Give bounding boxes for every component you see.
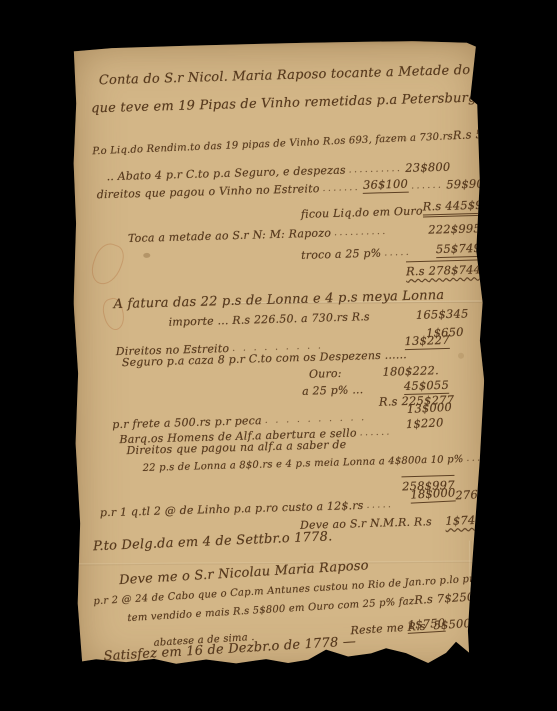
- ledger-row: troco a 25 p% ..... 55$749: [301, 241, 481, 262]
- heading-line: que teve em 19 Pipas de Vinho remetidas …: [91, 89, 540, 117]
- row-label: ficou Liq.do em Ouro: [301, 204, 423, 220]
- row-amount: 13$000: [406, 400, 452, 416]
- row-amount: 13$227: [404, 333, 450, 350]
- heading-text: Conta do S.r Nicol. Maria Raposo tocante…: [99, 61, 538, 88]
- row-amount: 18$000: [410, 485, 456, 503]
- ledger-row: P.o Liq.do Rendim.to das 19 pipas de Vin…: [92, 127, 480, 157]
- row-amount: 222$995: [428, 221, 481, 236]
- row-balance: 5$500: [433, 616, 471, 632]
- dotted-leader: .....: [363, 500, 396, 512]
- row-balance: 1$747: [445, 513, 483, 528]
- ledger-row: R.s 278$744: [373, 259, 481, 279]
- dotted-leader: ......: [357, 427, 395, 439]
- row-label: P.o Liq.do Rendim.to das 19 pipas de Vin…: [92, 131, 453, 157]
- row-amount: 180$222.: [382, 363, 439, 379]
- dotted-leader: ..........: [346, 164, 406, 177]
- row-amount: R.s 505$890: [453, 125, 529, 142]
- dateline: P.to Delg.da em 4 de Settbr.o 1778.: [93, 529, 333, 554]
- row-total: R.s 278$744: [406, 259, 482, 278]
- row-amount: 55$749: [436, 241, 482, 258]
- row-label: importe ... R.s 226.50. a 730.rs R.s: [168, 310, 370, 329]
- row-amount: R.s 445$990: [422, 197, 498, 217]
- ink-bleed-mark: [87, 240, 127, 289]
- row-label: a 10 p%: [421, 454, 464, 466]
- dotted-leader: .....: [381, 248, 414, 260]
- dateline-text: P.to Delg.da em 4 de Settbr.o 1778.: [93, 529, 333, 554]
- stain-spot: [143, 253, 150, 258]
- row-label: Reste me R.s: [350, 620, 426, 637]
- dotted-leader: ..........: [331, 227, 391, 240]
- dotted-leader: ......: [408, 181, 446, 193]
- heading-text: que teve em 19 Pipas de Vinho remetidas …: [91, 89, 540, 117]
- row-amount: 23$800: [405, 160, 450, 175]
- row-amount: 165$345: [416, 306, 469, 321]
- stain-spot: [458, 353, 464, 359]
- photo-background: { "scene": { "background_color": "#00000…: [0, 0, 557, 711]
- row-label: troco a 25 p%: [301, 247, 382, 262]
- row-amount: 59$900: [446, 176, 491, 191]
- row-total: 276$997: [455, 486, 508, 503]
- ledger-row: ficou Liq.do em Ouro R.s 445$990: [301, 198, 481, 221]
- row-amount: 19$500: [501, 447, 547, 464]
- row-amount: R.s 7$250.rs =: [414, 588, 504, 607]
- dotted-leader: ......: [463, 453, 501, 465]
- manuscript-page: Conta do S.r Nicol. Maria Raposo tocante…: [72, 41, 488, 674]
- row-amount: 36$100: [363, 177, 409, 194]
- dotted-leader: .......: [319, 183, 363, 195]
- row-label: 22 p.s de Lonna a 8$0.rs e 4 p.s meia Lo…: [143, 455, 422, 474]
- row-label: direitos que pagou o Vinho no Estreito: [97, 182, 320, 201]
- row-label: Ouro:: [309, 367, 342, 381]
- row-amount: 1$220: [406, 415, 444, 431]
- heading-line: Conta do S.r Nicol. Maria Raposo tocante…: [99, 61, 538, 88]
- row-label: Toca a metade ao S.r N: M: Rapozo: [128, 226, 331, 245]
